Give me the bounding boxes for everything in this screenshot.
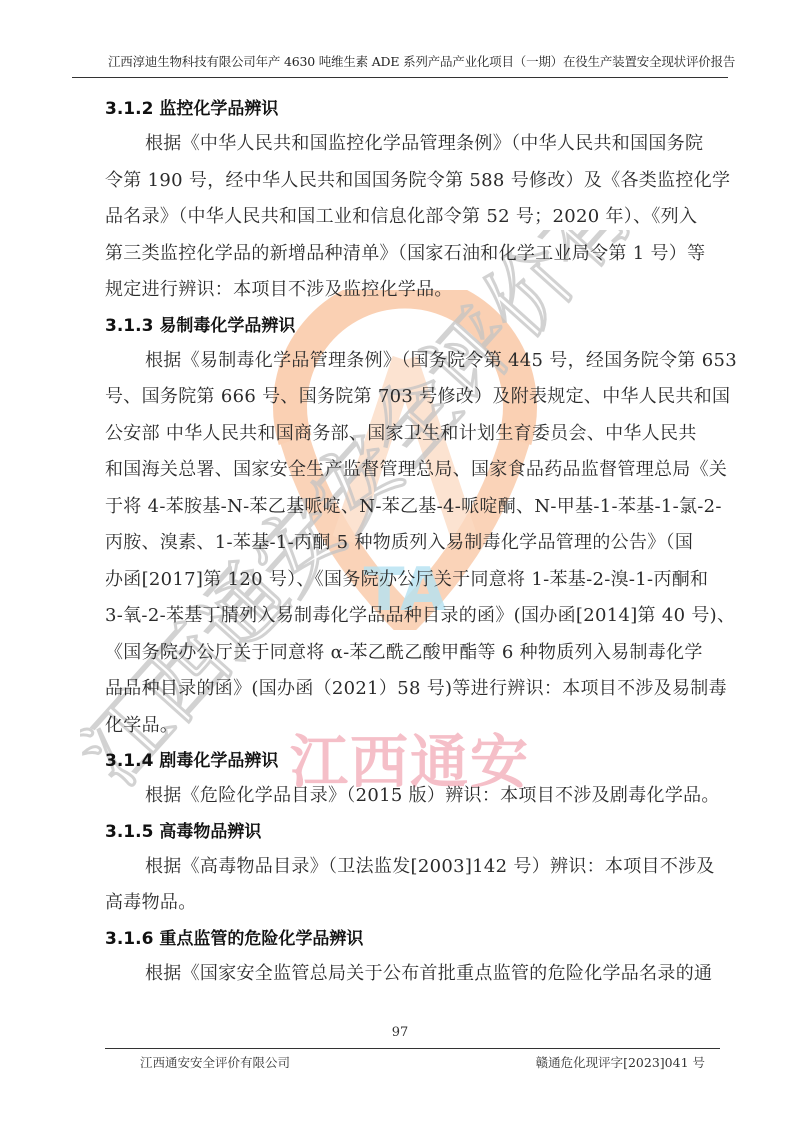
section-heading-3-1-6: 3.1.6 重点监管的危险化学品辨识 [105,922,725,956]
footer-doc-number: 赣通危化现评字[2023]041 号 [536,1053,705,1071]
paragraph-line: 规定进行辨识：本项目不涉及监控化学品。 [105,272,725,309]
paragraph-line: 根据《高毒物品目录》（卫法监发[2003]142 号）辨识：本项目不涉及 [105,849,725,886]
section-heading-3-1-2: 3.1.2 监控化学品辨识 [105,92,725,126]
section-heading-3-1-5: 3.1.5 高毒物品辨识 [105,815,725,849]
paragraph-line: 化学品。 [105,708,725,745]
paragraph-line: 根据《中华人民共和国监控化学品管理条例》（中华人民共和国国务院 [105,126,725,163]
paragraph-line: 根据《易制毒化学品管理条例》（国务院令第 445 号，经国务院令第 653 [105,343,725,380]
paragraph-line: 根据《国家安全监管总局关于公布首批重点监管的危险化学品名录的通 [105,956,725,993]
header-divider [72,77,728,78]
paragraph-line: 品品种目录的函》(国办函（2021）58 号)等进行辨识：本项目不涉及易制毒 [105,671,725,708]
paragraph-line: 3-氧-2-苯基丁腈列入易制毒化学品品种目录的函》(国办函[2014]第 40 … [105,598,725,635]
document-page: 江西淳迪生物科技有限公司年产 4630 吨维生素 ADE 系列产品产业化项目（一… [0,0,800,1131]
paragraph-line: 和国海关总署、国家安全生产监督管理总局、国家食品药品监督管理总局《关 [105,452,725,489]
footer-divider [105,1048,720,1049]
paragraph-line: 于将 4-苯胺基-N-苯乙基哌啶、N-苯乙基-4-哌啶酮、N-甲基-1-苯基-1… [105,489,725,526]
paragraph-line: 令第 190 号，经中华人民共和国国务院令第 588 号修改）及《各类监控化学 [105,163,725,200]
paragraph-line: 根据《危险化学品目录》（2015 版）辨识：本项目不涉及剧毒化学品。 [105,778,725,815]
paragraph-line: 《国务院办公厅关于同意将 α-苯乙酰乙酸甲酯等 6 种物质列入易制毒化学 [105,635,725,672]
paragraph-line: 高毒物品。 [105,885,725,922]
footer-company: 江西通安安全评价有限公司 [140,1053,290,1071]
paragraph-line: 丙胺、溴素、1-苯基-1-丙酮 5 种物质列入易制毒化学品管理的公告》（国 [105,525,725,562]
section-heading-3-1-3: 3.1.3 易制毒化学品辨识 [105,309,725,343]
page-header-title: 江西淳迪生物科技有限公司年产 4630 吨维生素 ADE 系列产品产业化项目（一… [108,52,692,70]
paragraph-line: 品名录》（中华人民共和国工业和信息化部令第 52 号；2020 年）、《列入 [105,199,725,236]
paragraph-line: 第三类监控化学品的新增品种清单》（国家石油和化学工业局令第 1 号）等 [105,236,725,273]
paragraph-line: 办函[2017]第 120 号）、《国务院办公厅关于同意将 1-苯基-2-溴-1… [105,562,725,599]
section-heading-3-1-4: 3.1.4 剧毒化学品辨识 [105,744,725,778]
paragraph-line: 号、国务院第 666 号、国务院第 703 号修改）及附表规定、中华人民共和国 [105,379,725,416]
page-number: 97 [0,1025,800,1040]
document-body: 3.1.2 监控化学品辨识 根据《中华人民共和国监控化学品管理条例》（中华人民共… [105,92,725,992]
paragraph-line: 公安部 中华人民共和国商务部、国家卫生和计划生育委员会、中华人民共 [105,416,725,453]
